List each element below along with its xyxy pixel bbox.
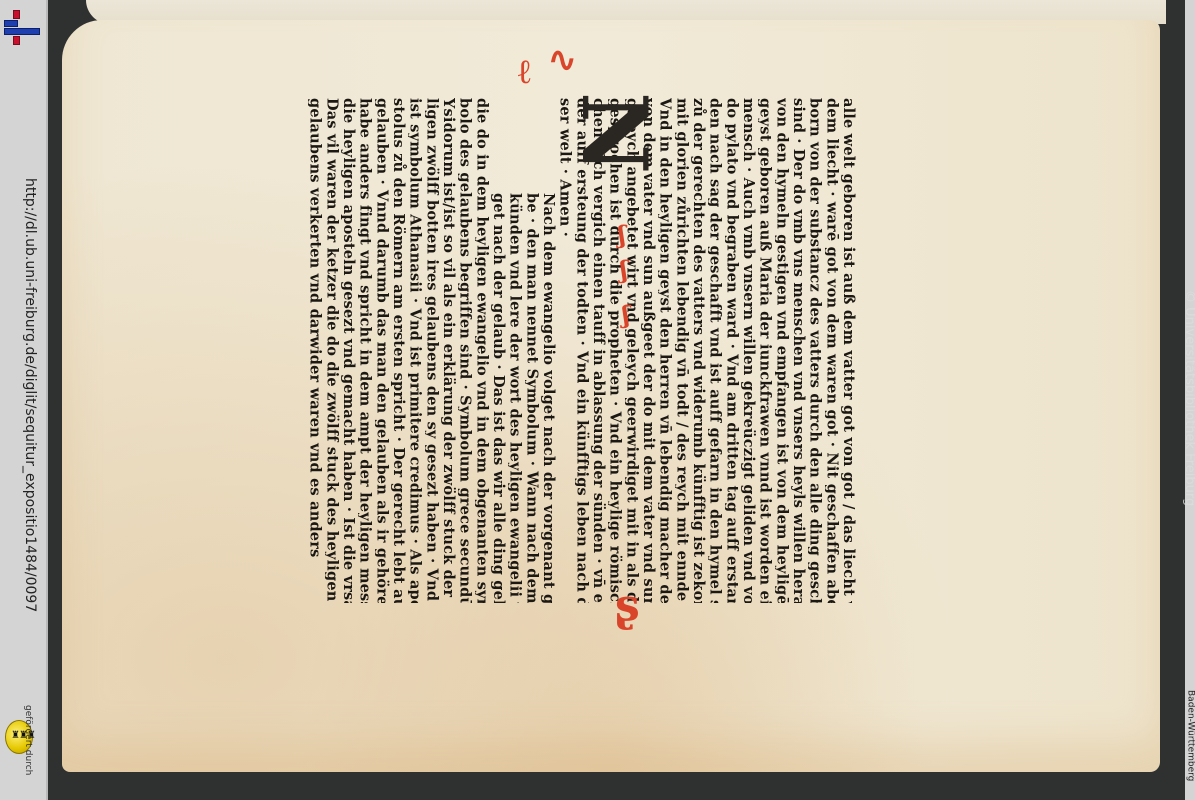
text-line: die do in dem heyligen ewangelio vnd in …	[475, 98, 492, 603]
flourish-ornament: ∿	[548, 40, 577, 80]
text-line: Ysidorum ist/ist so vil als ein erklärun…	[441, 98, 458, 603]
viewer-sidebar: http://dl.ub.uni-freiburg.de/diglit/sequ…	[0, 0, 48, 800]
text-line: born von der substancz des vatters durch…	[808, 98, 825, 603]
text-line: gelauben · Vnnd darumb das man den gelau…	[375, 98, 392, 603]
text-line: von den hymeln gestigen vnd empfangen is…	[775, 98, 792, 603]
decorated-initial: ℓ ∿ N	[548, 60, 648, 180]
text-line: künden vnd lere der wort des heyligen ew…	[508, 193, 525, 603]
text-line: ligen zwölff botten ires gelaubens den s…	[425, 98, 442, 603]
text-line: do pylato vnd begraben ward · Vnd am dri…	[725, 98, 742, 603]
sponsor-caption: gefördert durch	[23, 705, 33, 775]
text-line: zů der gerechten des vatters vnd widerum…	[691, 98, 708, 603]
text-line: be · den man nennet Symbolum · Wann nach…	[525, 193, 542, 603]
flourish-ornament: ʃ	[618, 220, 626, 249]
initial-letter: N	[561, 92, 667, 174]
text-line: die heyligen aposteln gesezt vnd gemacht…	[341, 98, 358, 603]
text-line: alle welt geboren ist auß dem vatter got…	[841, 98, 858, 603]
right-credit-text: Baden-Württemberg	[1185, 690, 1195, 781]
text-line: gelaubens verkerten vnd darwider waren v…	[308, 98, 325, 603]
text-line: Nach dem ewangelio volget nach der vorge…	[541, 193, 558, 603]
text-line: sind · Der do vmb vns menschen vnd vnser…	[791, 98, 808, 603]
text-line: mensch · Auch vmb vnsern willen gekreücz…	[741, 98, 758, 603]
text-line: mit glorien zůrichten lebendig vn̄ todt …	[675, 98, 692, 603]
text-line: ist symbolum Athanasii · Vnd ist primite…	[408, 98, 425, 603]
flourish-ornament: ℓ	[518, 52, 531, 92]
flourish-ornament: ʃ	[622, 300, 630, 329]
text-line: habe anders fingt vnd spricht in dem amp…	[358, 98, 375, 603]
flourish-ornament: ʃ	[620, 255, 628, 284]
text-line: den nach sag der geschafft vnd ist auff …	[708, 98, 725, 603]
text-line: stolus zů den Römern am ersten spricht ·…	[391, 98, 408, 603]
text-line: geyst geboren auß Maria der iunckfrawen …	[758, 98, 775, 603]
text-line: get nach der gelaub · Das ist das wir al…	[491, 193, 508, 603]
text-line: Das vil waren der ketzer die do die zwöl…	[325, 98, 342, 603]
permalink-url[interactable]: http://dl.ub.uni-freiburg.de/diglit/sequ…	[22, 178, 38, 612]
right-copyright-text: © Universitätsbibliothek Freiburg	[1182, 290, 1195, 506]
navigation-arrows-icon[interactable]	[4, 10, 36, 42]
text-line: bolo des gelaubens begriffen sind · Symb…	[458, 98, 475, 603]
flourish-ornament: ʂ	[615, 580, 640, 631]
text-line: dem liecht · warē got von dem waren got …	[825, 98, 842, 603]
